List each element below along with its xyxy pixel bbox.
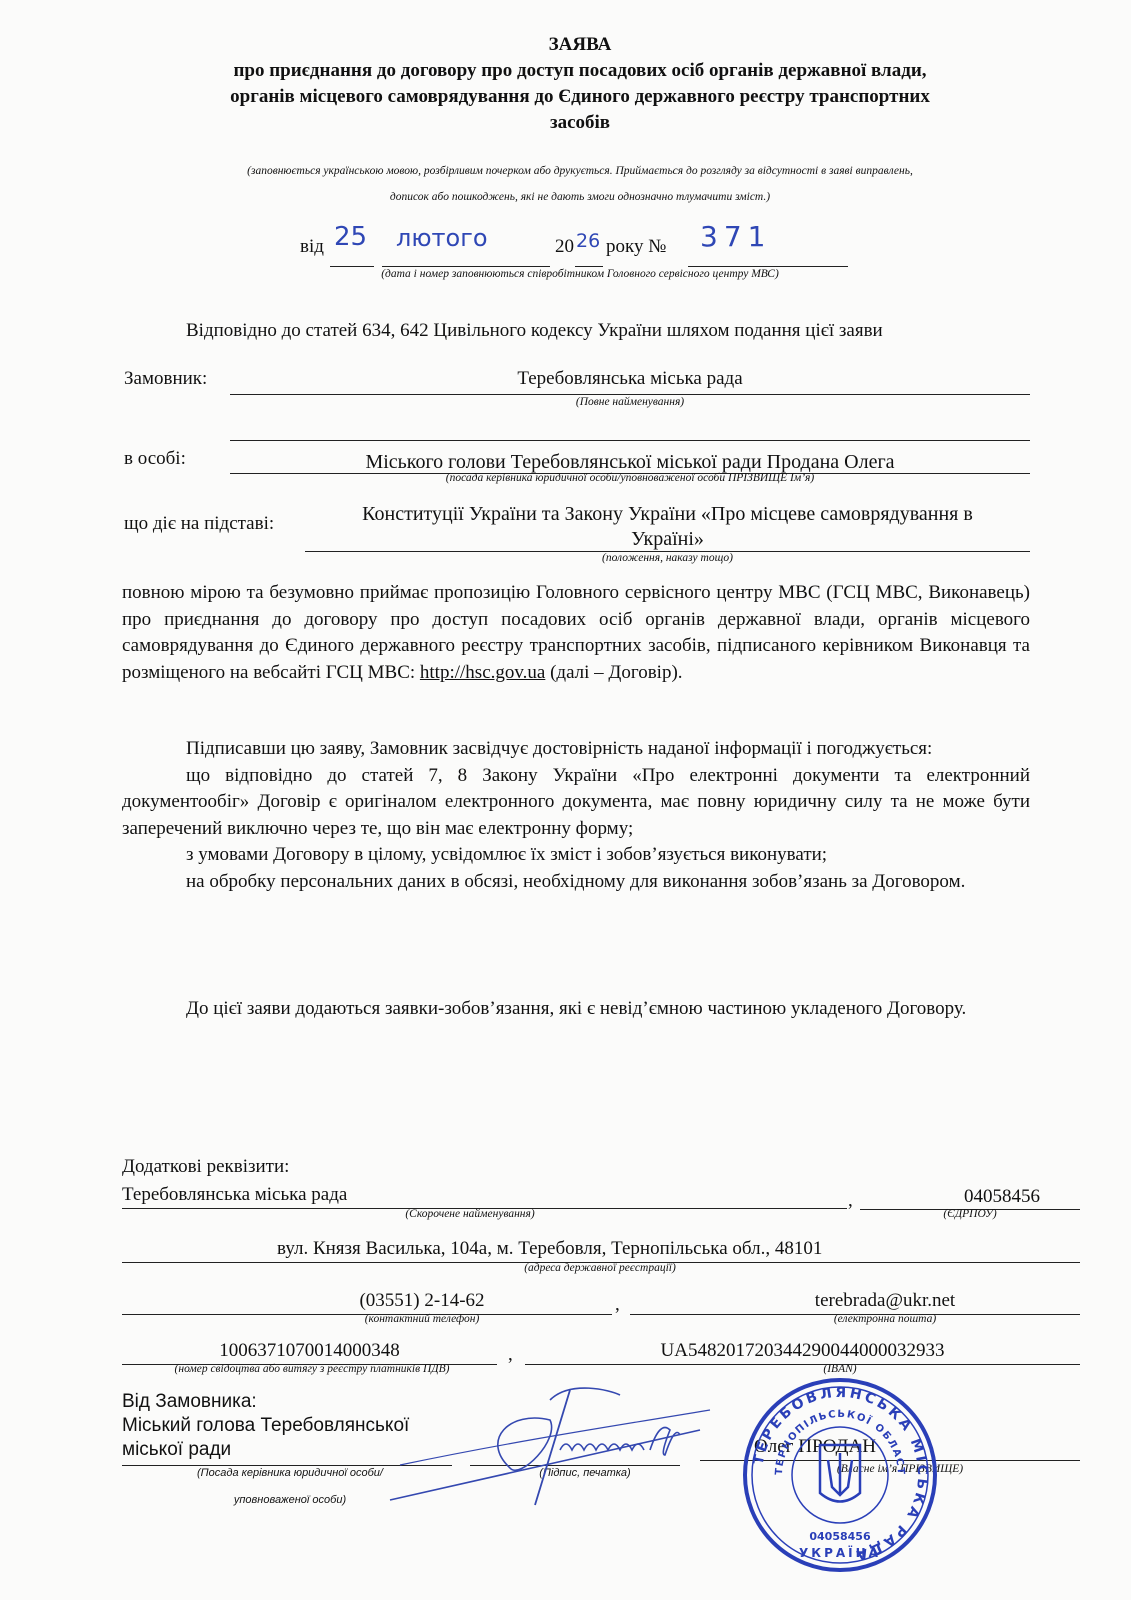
short-name-caption: (Скорочене найменування) (320, 1208, 620, 1220)
requisites-edrpou: 04058456 (860, 1186, 1080, 1208)
requisites-vat-number: 1006371070014000348 (122, 1340, 497, 1362)
registration-year-label: року № (606, 236, 666, 258)
edrpou-caption: (ЄДРПОУ) (900, 1208, 1040, 1220)
svg-text:04058456: 04058456 (809, 1530, 871, 1543)
attachments-text: До цієї заяви додаються заявки-зобов’яза… (122, 996, 1030, 1023)
requisites-iban: UA548201720344290044000032933 (525, 1340, 1080, 1362)
document-subtitle-2: органів місцевого самоврядування до Єдин… (130, 84, 1030, 110)
address-caption: (адреса державної реєстрації) (400, 1262, 800, 1274)
attachments-paragraph: До цієї заяви додаються заявки-зобов’яза… (122, 996, 1030, 1023)
representative-value: Міського голови Теребовлянської міської … (230, 451, 1030, 474)
agreement-section: Підписавши цю заяву, Замовник засвідчує … (122, 736, 1030, 895)
requisites-email: terebrada@ukr.net (630, 1290, 1080, 1312)
agreement-item-2: з умовами Договору в цілому, усвідомлює … (122, 842, 1030, 869)
document-header: ЗАЯВА про приєднання до договору про дос… (130, 32, 1030, 136)
registration-number: 371 (700, 220, 771, 253)
basis-value: Конституції України та Закону України «П… (305, 502, 1030, 552)
basis-caption: (положення, наказу тощо) (305, 552, 1030, 564)
registration-day: 25 (334, 222, 367, 252)
comma-separator: , (615, 1294, 620, 1316)
hsc-website-link[interactable]: http://hsc.gov.ua (420, 662, 545, 683)
comma-separator: , (508, 1344, 513, 1366)
instructions: (заповнюється українською мовою, розбірл… (110, 158, 1050, 210)
basis-value-line-2: Україні» (305, 527, 1030, 552)
customer-caption: (Повне найменування) (230, 396, 1030, 408)
handwritten-signature-icon (360, 1370, 720, 1510)
intro-text: Відповідно до статей 634, 642 Цивільного… (186, 318, 1046, 345)
registration-caption: (дата і номер заповнюються співробітнико… (300, 268, 860, 280)
registration-month: лютого (396, 224, 488, 252)
representative-caption: (посада керівника юридичної особи/уповно… (230, 472, 1030, 484)
requisites-heading: Додаткові реквізити: (122, 1156, 289, 1178)
requisites-short-name: Теребовлянська міська рада (122, 1184, 347, 1206)
agreement-intro: Підписавши цю заяву, Замовник засвідчує … (122, 736, 1030, 763)
official-stamp-icon: ТЕРЕБОВЛЯНСЬКА МІСЬКА РАДА ТЕРНОПІЛЬСЬКО… (740, 1375, 940, 1575)
svg-text:УКРАЇНА: УКРАЇНА (799, 1545, 881, 1560)
acceptance-text-end: (далі – Договір). (545, 662, 682, 683)
iban-caption: (IBAN) (780, 1363, 900, 1375)
comma-separator: , (848, 1190, 853, 1212)
agreement-item-3: на обробку персональних даних в обсязі, … (122, 869, 1030, 896)
registration-year-prefix: 20 (555, 236, 574, 258)
phone-caption: (контактний телефон) (232, 1313, 612, 1325)
instructions-line-2: дописок або пошкоджень, які не дають змо… (110, 184, 1050, 210)
registration-year-suffix: 26 (576, 230, 600, 252)
document-subtitle-1: про приєднання до договору про доступ по… (130, 58, 1030, 84)
email-caption: (електронна пошта) (690, 1313, 1080, 1325)
customer-value: Теребовлянська міська рада (230, 368, 1030, 390)
document-subtitle-3: засобів (130, 110, 1030, 136)
acceptance-paragraph: повною мірою та безумовно приймає пропоз… (122, 580, 1030, 686)
instructions-line-1: (заповнюється українською мовою, розбірл… (110, 158, 1050, 184)
document-title: ЗАЯВА (130, 32, 1030, 58)
customer-label: Замовник: (124, 368, 207, 390)
requisites-address: вул. Князя Василька, 104а, м. Теребовля,… (122, 1238, 1131, 1260)
representative-label: в особі: (124, 448, 186, 470)
registration-from-label: від (300, 236, 324, 258)
agreement-item-1: що відповідно до статей 7, 8 Закону Укра… (122, 763, 1030, 843)
basis-label: що діє на підставі: (124, 513, 274, 535)
requisites-phone: (03551) 2-14-62 (122, 1290, 612, 1312)
basis-value-line-1: Конституції України та Закону України «П… (305, 502, 1030, 527)
